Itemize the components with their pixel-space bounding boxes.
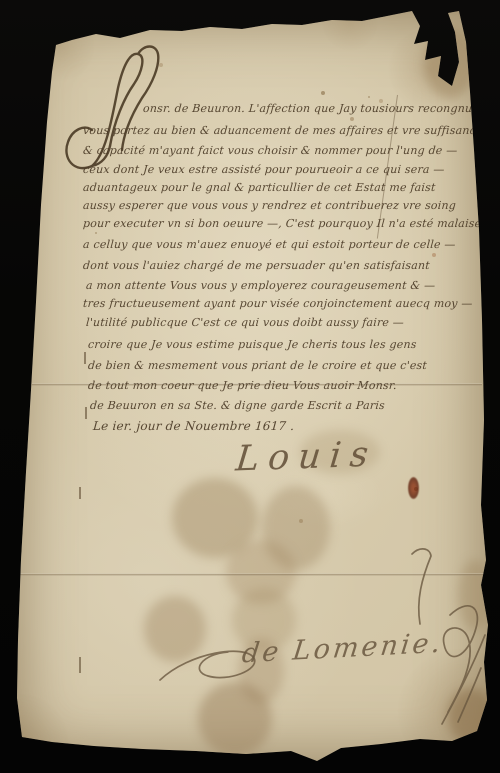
margin-ink-tick — [85, 407, 87, 419]
manuscript-line: ceux dont Je veux estre assisté pour pou… — [83, 163, 445, 176]
corner-stain — [424, 28, 476, 98]
fold-crease-lower — [18, 573, 484, 576]
water-stain — [144, 596, 206, 662]
photo-backdrop: onsr. de Beuuron. L'affection que Jay to… — [0, 0, 500, 773]
manuscript-line: a celluy que vous m'auez enuoyé et qui e… — [83, 238, 457, 251]
manuscript-line: & capacité m'ayant faict vous choisir & … — [83, 144, 458, 157]
manuscript-line: pour executer vn si bon oeuure —, C'est … — [83, 217, 482, 230]
manuscript-line: croire que Je vous estime puisque Je che… — [88, 338, 418, 351]
red-ink-spot — [408, 477, 419, 499]
manuscript-line: de tout mon coeur que Je prie dieu Vous … — [88, 379, 398, 392]
margin-ink-tick — [84, 352, 86, 364]
manuscript-line: vous portez au bien & aduancement de mes… — [83, 124, 499, 137]
manuscript-line: a mon attente Vous vous y employerez cou… — [86, 279, 436, 292]
edge-stain — [458, 560, 492, 630]
margin-ink-tick — [79, 487, 81, 499]
letter-paper: onsr. de Beuuron. L'affection que Jay to… — [0, 0, 500, 773]
corner-stain — [448, 688, 494, 744]
manuscript-line: dont vous l'auiez chargé de me persuader… — [83, 259, 431, 272]
manuscript-line: tres fructueusement ayant pour visée con… — [83, 297, 474, 310]
manuscript-line: aussy esperer que vous vous y rendrez et… — [83, 199, 457, 212]
water-stain — [198, 682, 272, 756]
manuscript-line: de Beuuron en sa Ste. & digne garde Escr… — [90, 399, 386, 412]
manuscript-line: de bien & mesmement vous priant de le cr… — [88, 359, 428, 372]
margin-ink-tick — [79, 657, 81, 673]
manuscript-line: l'utilité publicque C'est ce qui vous do… — [86, 316, 405, 329]
manuscript-line: onsr. de Beuuron. L'affection que Jay to… — [143, 102, 500, 115]
pencil-annotation — [18, 30, 42, 48]
manuscript-line: aduantageux pour le gnal & particullier … — [83, 181, 436, 194]
foxing-specks — [0, 0, 2, 2]
date-line: Le ier. jour de Nouembre 1617 . — [93, 419, 295, 433]
royal-signature: Louis — [234, 434, 379, 479]
